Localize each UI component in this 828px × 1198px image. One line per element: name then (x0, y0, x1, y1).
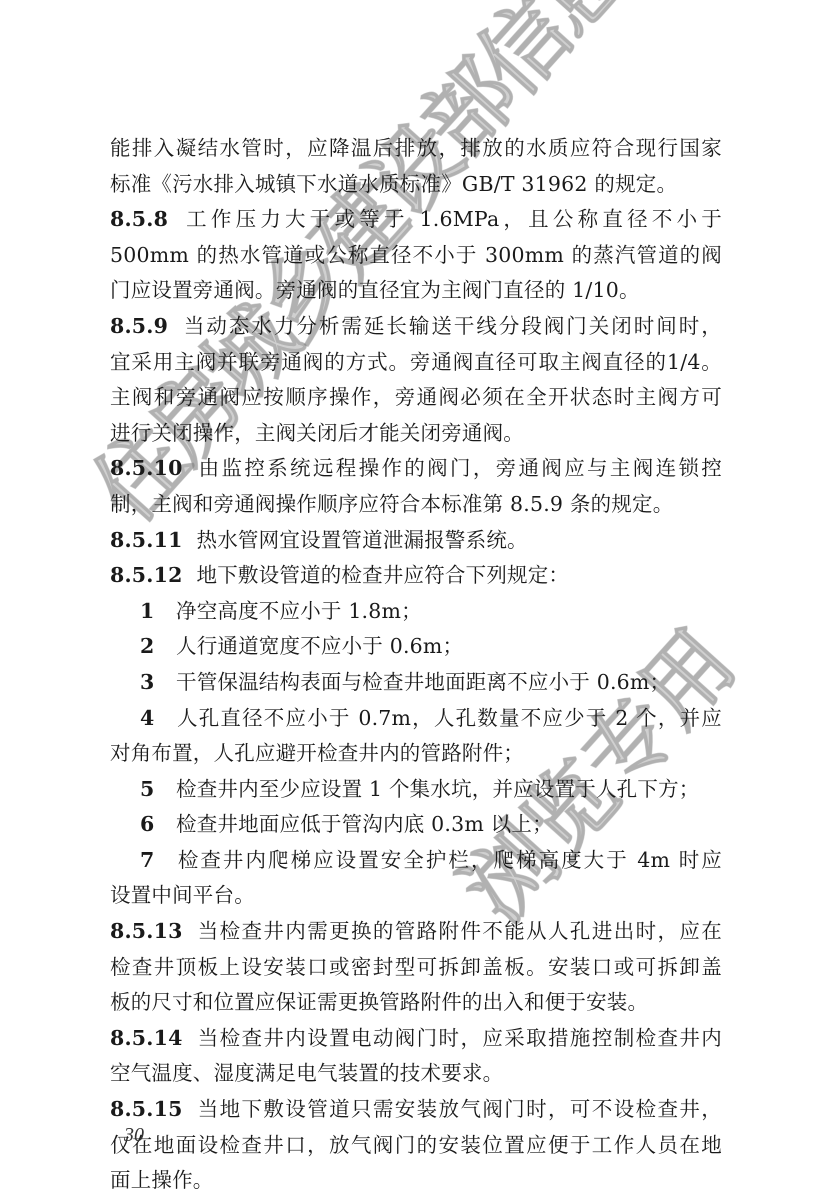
clause-8-5-12: 8.5.12地下敷设管道的检查井应符合下列规定： (110, 558, 722, 594)
clause-number: 8.5.8 (110, 207, 168, 231)
clause-number: 8.5.11 (110, 528, 183, 552)
text-line: 主阀和旁通阀应按顺序操作，旁通阀必须在全开状态时主阀方可 (110, 380, 722, 416)
clause-number: 8.5.12 (110, 563, 183, 587)
list-item: 3干管保温结构表面与检查井地面距离不应小于 0.6m； (110, 665, 722, 701)
list-item: 2人行通道宽度不应小于 0.6m； (110, 629, 722, 665)
text-line: 进行关闭操作，主阀关闭后才能关闭旁通阀。 (110, 416, 722, 452)
text-line: 500mm 的热水管道或公称直径不小于 300mm 的蒸汽管道的阀 (110, 238, 722, 274)
item-number: 6 (140, 807, 176, 843)
list-item: 6检查井地面应低于管沟内底 0.3m 以上； (110, 807, 722, 843)
text-line: 空气温度、湿度满足电气装置的技术要求。 (110, 1056, 722, 1092)
list-item: 5检查井内至少应设置 1 个集水坑，并应设置于人孔下方； (110, 772, 722, 808)
clause-8-5-9: 8.5.9当动态水力分析需延长输送干线分段阀门关闭时间时， (110, 309, 722, 345)
item-number: 3 (140, 665, 176, 701)
text-line: 板的尺寸和位置应保证需更换管路附件的出入和便于安装。 (110, 985, 722, 1021)
text-line: 门应设置旁通阀。旁通阀的直径宜为主阀门直径的 1/10。 (110, 273, 722, 309)
clause-8-5-8: 8.5.8工作压力大于或等于 1.6MPa，且公称直径不小于 (110, 202, 722, 238)
clause-8-5-11: 8.5.11热水管网宜设置管道泄漏报警系统。 (110, 523, 722, 559)
clause-8-5-14: 8.5.14当检查井内设置电动阀门时，应采取措施控制检查井内 (110, 1021, 722, 1057)
text-line: 宜采用主阀并联旁通阀的方式。旁通阀直径可取主阀直径的1/4。 (110, 345, 722, 381)
text-line: 能排入凝结水管时，应降温后排放，排放的水质应符合现行国家 (110, 131, 722, 167)
text-line: 标准《污水排入城镇下水道水质标准》GB/T 31962 的规定。 (110, 167, 722, 203)
list-item: 7检查井内爬梯应设置安全护栏，爬梯高度大于 4m 时应 (110, 843, 722, 879)
text-line: 面上操作。 (110, 1163, 722, 1198)
clause-8-5-13: 8.5.13当检查井内需更换的管路附件不能从人孔进出时，应在 (110, 914, 722, 950)
item-number: 5 (140, 772, 176, 808)
document-body: 能排入凝结水管时，应降温后排放，排放的水质应符合现行国家 标准《污水排入城镇下水… (110, 131, 722, 1198)
text-line: 检查井顶板上设安装口或密封型可拆卸盖板。安装口或可拆卸盖 (110, 950, 722, 986)
list-item: 1净空高度不应小于 1.8m； (110, 594, 722, 630)
clause-number: 8.5.10 (110, 456, 183, 480)
page-number: 30 (124, 1124, 144, 1147)
clause-number: 8.5.14 (110, 1026, 183, 1050)
item-number: 2 (140, 629, 176, 665)
item-number: 7 (140, 843, 176, 879)
clause-number: 8.5.15 (110, 1097, 183, 1121)
text-line: 设置中间平台。 (110, 878, 722, 914)
clause-8-5-15: 8.5.15当地下敷设管道只需安装放气阀门时，可不设检查井， (110, 1092, 722, 1128)
item-number: 4 (140, 701, 176, 737)
list-item: 4人孔直径不应小于 0.7m，人孔数量不应少于 2 个，并应 (110, 701, 722, 737)
item-number: 1 (140, 594, 176, 630)
text-line: 对角布置，人孔应避开检查井内的管路附件； (110, 736, 722, 772)
clause-number: 8.5.9 (110, 314, 168, 338)
text-line: 制，主阀和旁通阀操作顺序应符合本标准第 8.5.9 条的规定。 (110, 487, 722, 523)
text-line: 仅在地面设检查井口，放气阀门的安装位置应便于工作人员在地 (110, 1128, 722, 1164)
clause-number: 8.5.13 (110, 919, 183, 943)
clause-8-5-10: 8.5.10由监控系统远程操作的阀门，旁通阀应与主阀连锁控 (110, 451, 722, 487)
